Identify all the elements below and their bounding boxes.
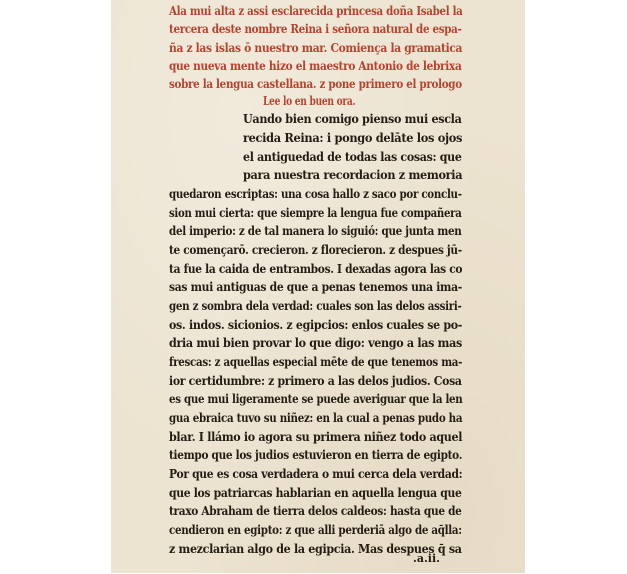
body-line-5: quedaron escriptas: una cosa hallo z sac… [169,186,462,202]
body-line-6: sion mui cierta: que siempre la lengua f… [169,205,461,221]
body-line-12: os. indos. sicionios. z egipcios: enlos … [169,317,462,333]
body-line-2: recida Reina: i pongo delāte los ojos [243,130,462,146]
body-line-7: del imperio: z de tal manera lo siguió: … [169,223,462,239]
body-line-20: Por que es cosa verdadera o mui cerca de… [169,466,462,482]
body-line-21: que los patriarcas hablarian en aquella … [169,485,462,501]
heading-line-6: Lee lo en buen ora. [263,93,355,109]
body-line-1: Uando bien comigo pienso mui escla [243,111,462,127]
body-line-13: dria mui bien provar lo que digo: vengo … [169,335,462,351]
body-line-22: traxo Abraham de tierra delos caldeos: h… [169,503,462,519]
body-line-17: gua ebraica tuvo su niñez: en la cual a … [169,410,462,426]
heading-line-3: ña z las islas ō nuestro mar. Comiença l… [169,40,462,56]
folio-signature-mark: .a.ii. [413,552,440,565]
body-line-9: ta fue la caida de entrambos. I dexadas … [169,261,462,277]
body-line-15: ior certidumbre: z primero a las delos j… [169,373,462,389]
heading-line-4: que nueva mente hizo el maestro Antonio … [169,58,462,74]
body-line-19: tiempo que los judios estuvieron en tier… [169,447,462,463]
body-line-18: blar. I llámo io agora su primera niñez … [169,429,462,445]
heading-line-1: Ala mui alta z assi esclarecida princesa… [169,3,463,19]
manuscript-page: Ala mui alta z assi esclarecida princesa… [111,0,525,573]
body-line-16: es que mui ligeramente se puede averigua… [169,391,462,407]
body-line-10: sas mui antiguas de que a penas tenemos … [169,279,462,295]
heading-line-2: tercera deste nombre Reina i señora natu… [169,21,461,37]
body-line-4: para nuestra recordacion z memoria [243,167,462,183]
body-line-3: el antiguedad de todas las cosas: que [243,149,462,165]
body-line-8: te començarō. crecieron. z florecieron. … [169,242,462,258]
body-line-14: frescas: z aquellas especial mēte de que… [169,354,462,370]
body-line-23: cendieron en egipto: z que alli perderiā… [169,522,462,538]
body-line-11: gen z sombra dela verdad: cuales son las… [169,298,461,314]
heading-line-5: sobre la lengua castellana. z pone prime… [169,76,462,92]
